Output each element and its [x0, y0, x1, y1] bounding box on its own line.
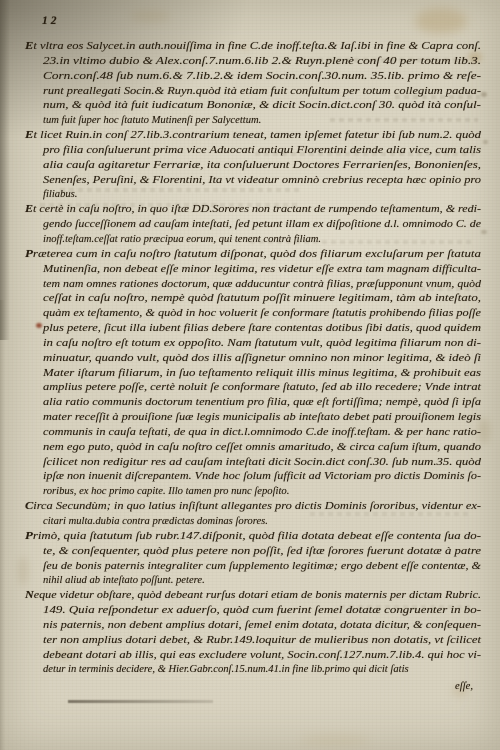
text-block: Et vltra eos Salycet.in auth.nouiſſima i… [25, 40, 481, 678]
text-line: te, & conſequenter, quòd plus petere non… [43, 545, 481, 560]
text-line: pro filia conſuluerunt prima vice Aduoca… [43, 144, 481, 159]
text-line: tum fuit ſuper hoc ſtatuto Mutinenſi per… [43, 114, 481, 129]
text-line: runt preallegati Socin.& Ruyn.quòd ità e… [43, 85, 481, 100]
text-line: Et licet Ruin.in conſ 27.lib.3.contrariu… [25, 129, 481, 144]
text-line: plus petere, ſicut illa iubent filias de… [43, 322, 481, 337]
stain [481, 230, 487, 234]
paragraph: Neque videtur obſtare, quòd debeant rurſ… [25, 589, 481, 678]
text-line: Primò, quia ſtatutum ſub rubr.147.diſpon… [25, 530, 481, 545]
text-line: Circa Secundùm; in quo latius inſiſtunt … [25, 500, 481, 515]
stain [481, 92, 487, 97]
scan-left-edge [0, 0, 10, 340]
paragraph: Et vltra eos Salycet.in auth.nouiſſima i… [25, 40, 481, 129]
text-line: inoff.teſtam.ceſſat ratio præcipua eorum… [43, 233, 481, 248]
ink-smear [68, 700, 213, 703]
text-line: minuatur, quando vult, quòd dos illis aſ… [43, 352, 481, 367]
stain [415, 8, 467, 34]
text-line: ſcilicet non redigitur res ad cauſam int… [43, 456, 481, 471]
text-line: amplius petere poſſe, certè noluit ſe co… [43, 381, 481, 396]
text-line: roribus, ex hoc primo capite. Illo tamen… [43, 485, 481, 500]
text-line: ipſæ non inuenit diſcrepantem. Vnde hoc … [43, 470, 481, 485]
text-line: Corn.conſ.48 ſub num.6.& 7.lib.2.& idem … [43, 70, 481, 85]
paragraph: Præterea cum in caſu noſtro ſtatutum diſ… [25, 248, 481, 500]
text-line: nihil aliud ab inteſtato poſſunt. petere… [43, 574, 481, 589]
text-line: detur in terminis decidere, & Hier.Gabr.… [43, 663, 481, 678]
text-line: quàm ex teſtamento, & quòd in hoc voluer… [43, 307, 481, 322]
text-line: Præterea cum in caſu noſtro ſtatutum diſ… [25, 248, 481, 263]
text-line: filiabus. [43, 188, 481, 203]
stain [130, 10, 170, 22]
text-line: in caſu noſtro eſt totum ex oppoſito. Na… [43, 337, 481, 352]
text-line: ceſſat in caſu noſtro, nempè quòd ſtatut… [43, 292, 481, 307]
text-line: num, & quòd ità fuit iudicatum Bononiæ, … [43, 99, 481, 114]
text-line: citari multa.dubia contra prædictas domi… [43, 515, 481, 530]
book-page: 12 Et vltra eos Salycet.in auth.nouiſſim… [0, 0, 500, 750]
text-line: 149. Quia reſpondetur ex aduerſo, quòd c… [43, 604, 481, 619]
text-line: debeant dotari ab illis, qui eas exclude… [43, 649, 481, 664]
text-line: mater receſſit à prouiſione ſuæ legis mu… [43, 411, 481, 426]
stain [300, 735, 370, 745]
text-line: nem ego puto, quòd in caſu noſtro ceſſet… [43, 441, 481, 456]
text-line: 23.in vltimo dubio & Alex.conſ.7.num.6.l… [43, 55, 481, 70]
text-line: Mater iſtarum filiarum, in ſuo teſtament… [43, 367, 481, 382]
scan-left-edge [0, 300, 5, 750]
page-number: 12 [42, 15, 60, 27]
text-line: nis paternis, non debent amplius dotari,… [43, 619, 481, 634]
text-line: Senenſes, Peruſini, & Florentini, Ita vt… [43, 174, 481, 189]
paragraph: Et licet Ruin.in conſ 27.lib.3.contrariu… [25, 129, 481, 203]
paragraph: Et certè in caſu noſtro, in quo iſtæ DD.… [25, 203, 481, 248]
paragraph: Primò, quia ſtatutum ſub rubr.147.diſpon… [25, 530, 481, 589]
stain [483, 140, 488, 144]
text-line: Mutinenſia, non debeat eſſe minor legiti… [43, 263, 481, 278]
text-line: Et vltra eos Salycet.in auth.nouiſſima i… [25, 40, 481, 55]
text-line: ſeu de bonis paternis integraliter cum ſ… [43, 560, 481, 575]
text-line: Neque videtur obſtare, quòd debeant rurſ… [25, 589, 481, 604]
text-line: alia cauſa agitaretur Ferrariæ, ita conſ… [43, 159, 481, 174]
paragraph: Circa Secundùm; in quo latius inſiſtunt … [25, 500, 481, 530]
text-line: alia ratio communis doctorum tenentium p… [43, 396, 481, 411]
text-line: gendo ſucceſſionem ad cauſam inteſtati, … [43, 218, 481, 233]
text-line: communis in cauſa teſtati, de qua in dic… [43, 426, 481, 441]
text-line: Et certè in caſu noſtro, in quo iſtæ DD.… [25, 203, 481, 218]
catchword: eſſe, [455, 681, 473, 692]
text-line: ter non amplius dotari debet, & Rubr.149… [43, 634, 481, 649]
text-line: tem nam omnes rationes doctorum, quæ add… [43, 278, 481, 293]
